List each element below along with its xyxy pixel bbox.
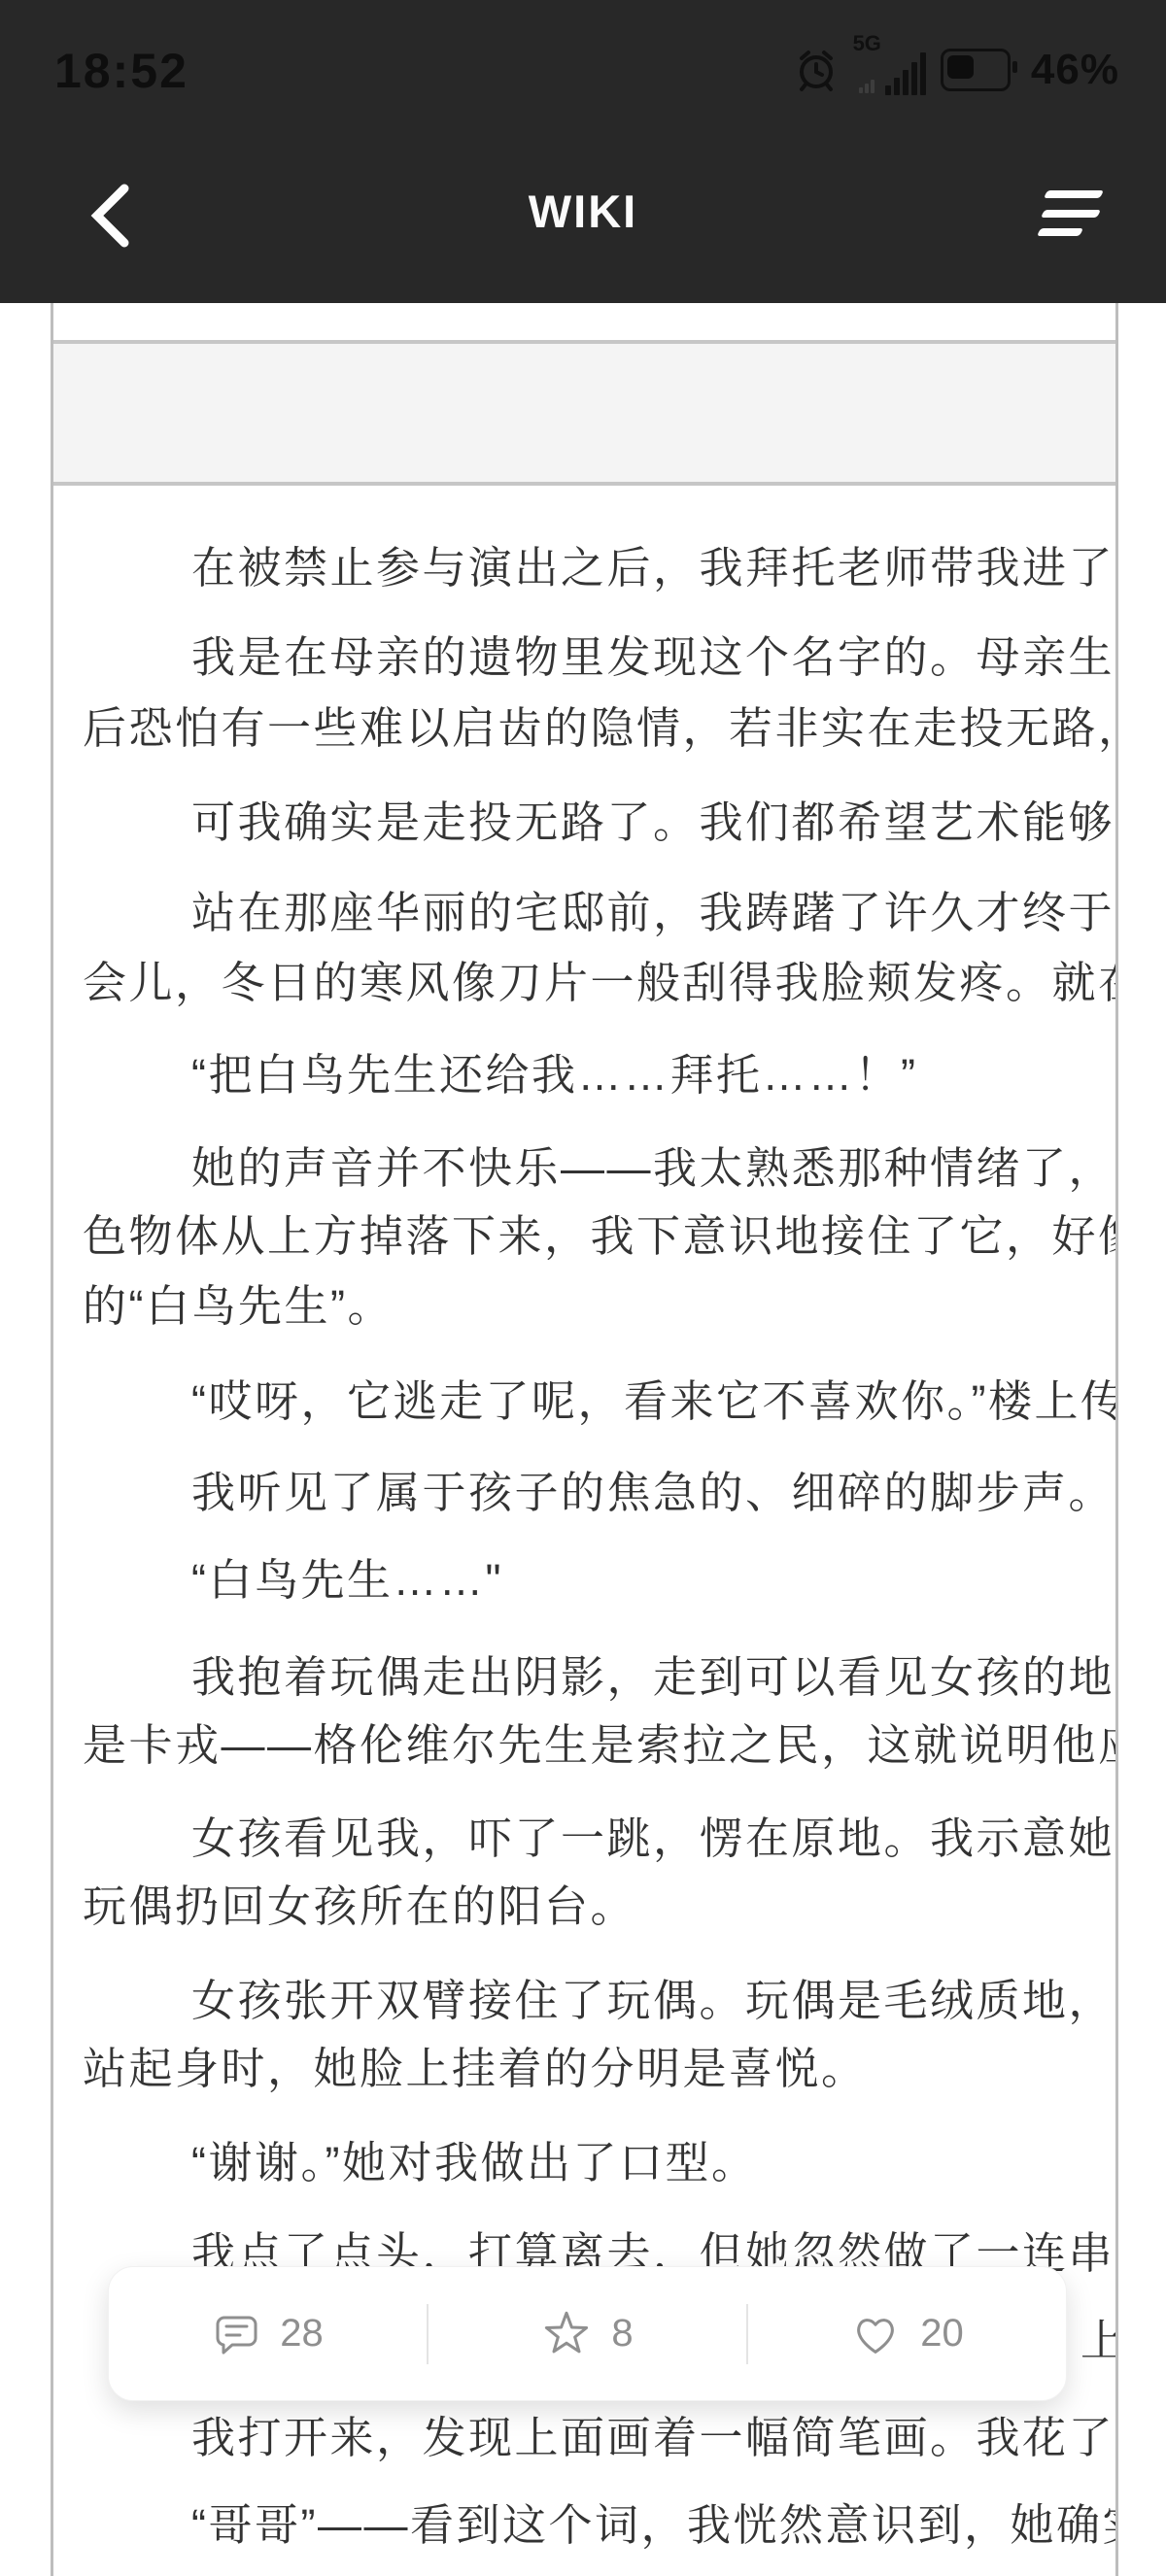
- signal-mini-bars-icon: [859, 80, 874, 93]
- nav-bar: WIKI: [0, 163, 1166, 270]
- story-line: 她的声音并不快乐——我太熟悉那种情绪了，以至: [191, 1141, 1118, 1196]
- story-line-overflow-fragment: 上: [1080, 2314, 1118, 2368]
- story-line: 后恐怕有一些难以启齿的隐情，若非实在走投无路，我: [83, 701, 1118, 756]
- story-line: 色物体从上方掉落下来，我下意识地接住了它，好像接: [83, 1209, 1118, 1264]
- story-line: 我听见了属于孩子的焦急的、细碎的脚步声。有: [191, 1466, 1118, 1520]
- story-line: 玩偶扔回女孩所在的阳台。: [83, 1880, 636, 1934]
- story-line: 站在那座华丽的宅邸前，我踌躇了许久才终于鼓: [191, 886, 1118, 940]
- star-button[interactable]: 8: [429, 2267, 746, 2400]
- story-line: 的“白鸟先生”。: [83, 1279, 394, 1334]
- chapter-divider-block: [53, 340, 1115, 486]
- alarm-clock-icon: [794, 46, 839, 94]
- story-line: 我抱着玩偶走出阴影，走到可以看见女孩的地方: [191, 1650, 1118, 1705]
- story-line: “谢谢。”她对我做出了口型。: [191, 2136, 757, 2190]
- story-line: 我是在母亲的遗物里发现这个名字的。母亲生前: [191, 630, 1118, 685]
- star-icon: [541, 2309, 592, 2359]
- comment-bubble-icon: [212, 2310, 260, 2358]
- story-line: 女孩看见我，吓了一跳，愣在原地。我示意她不: [191, 1812, 1118, 1866]
- like-button[interactable]: 20: [748, 2267, 1066, 2400]
- star-count: 8: [611, 2312, 633, 2356]
- story-line: 是卡戎——格伦维尔先生是索拉之民，这就说明他应当: [83, 1718, 1118, 1773]
- menu-lines-icon: [1044, 190, 1104, 198]
- comments-button[interactable]: 28: [109, 2267, 427, 2400]
- battery-percent: 46%: [1031, 46, 1119, 94]
- status-icons: 5G 46%: [794, 43, 1119, 97]
- story-line: “哎呀，它逃走了呢，看来它不喜欢你。”楼上传: [191, 1374, 1118, 1429]
- comment-count: 28: [280, 2312, 324, 2356]
- story-line: 女孩张开双臂接住了玩偶。玩偶是毛绒质地，并: [191, 1974, 1118, 2028]
- story-line: “白鸟先生……": [191, 1553, 503, 1608]
- story-line: 站起身时，她脸上挂着的分明是喜悦。: [83, 2042, 868, 2096]
- story-line: 会儿，冬日的寒风像刀片一般刮得我脸颊发疼。就在我: [83, 956, 1118, 1010]
- reader-page[interactable]: 在被禁止参与演出之后，我拜托老师带我进了一我是在母亲的遗物里发现这个名字的。母亲…: [51, 303, 1118, 2576]
- heart-icon: [850, 2309, 901, 2359]
- story-line: 我打开来，发现上面画着一幅简笔画。我花了十: [191, 2411, 1118, 2465]
- action-bar: 28 8 20: [108, 2266, 1067, 2401]
- menu-button[interactable]: [1038, 190, 1106, 245]
- battery-icon: [941, 49, 1011, 91]
- network-label: 5G: [853, 33, 881, 54]
- story-line: “哥哥”——看到这个词，我恍然意识到，她确实可: [191, 2498, 1118, 2553]
- status-time: 18:52: [54, 43, 189, 99]
- story-line: 可我确实是走投无路了。我们都希望艺术能够只: [191, 796, 1118, 850]
- story-line: “把白鸟先生还给我……拜托……！”: [191, 1048, 917, 1102]
- story-line: 在被禁止参与演出之后，我拜托老师带我进了一: [191, 541, 1118, 595]
- like-count: 20: [920, 2312, 964, 2356]
- app-header: 18:52 5G: [0, 0, 1166, 303]
- signal-bars-icon: 5G: [853, 45, 926, 95]
- page-title: WIKI: [0, 185, 1166, 238]
